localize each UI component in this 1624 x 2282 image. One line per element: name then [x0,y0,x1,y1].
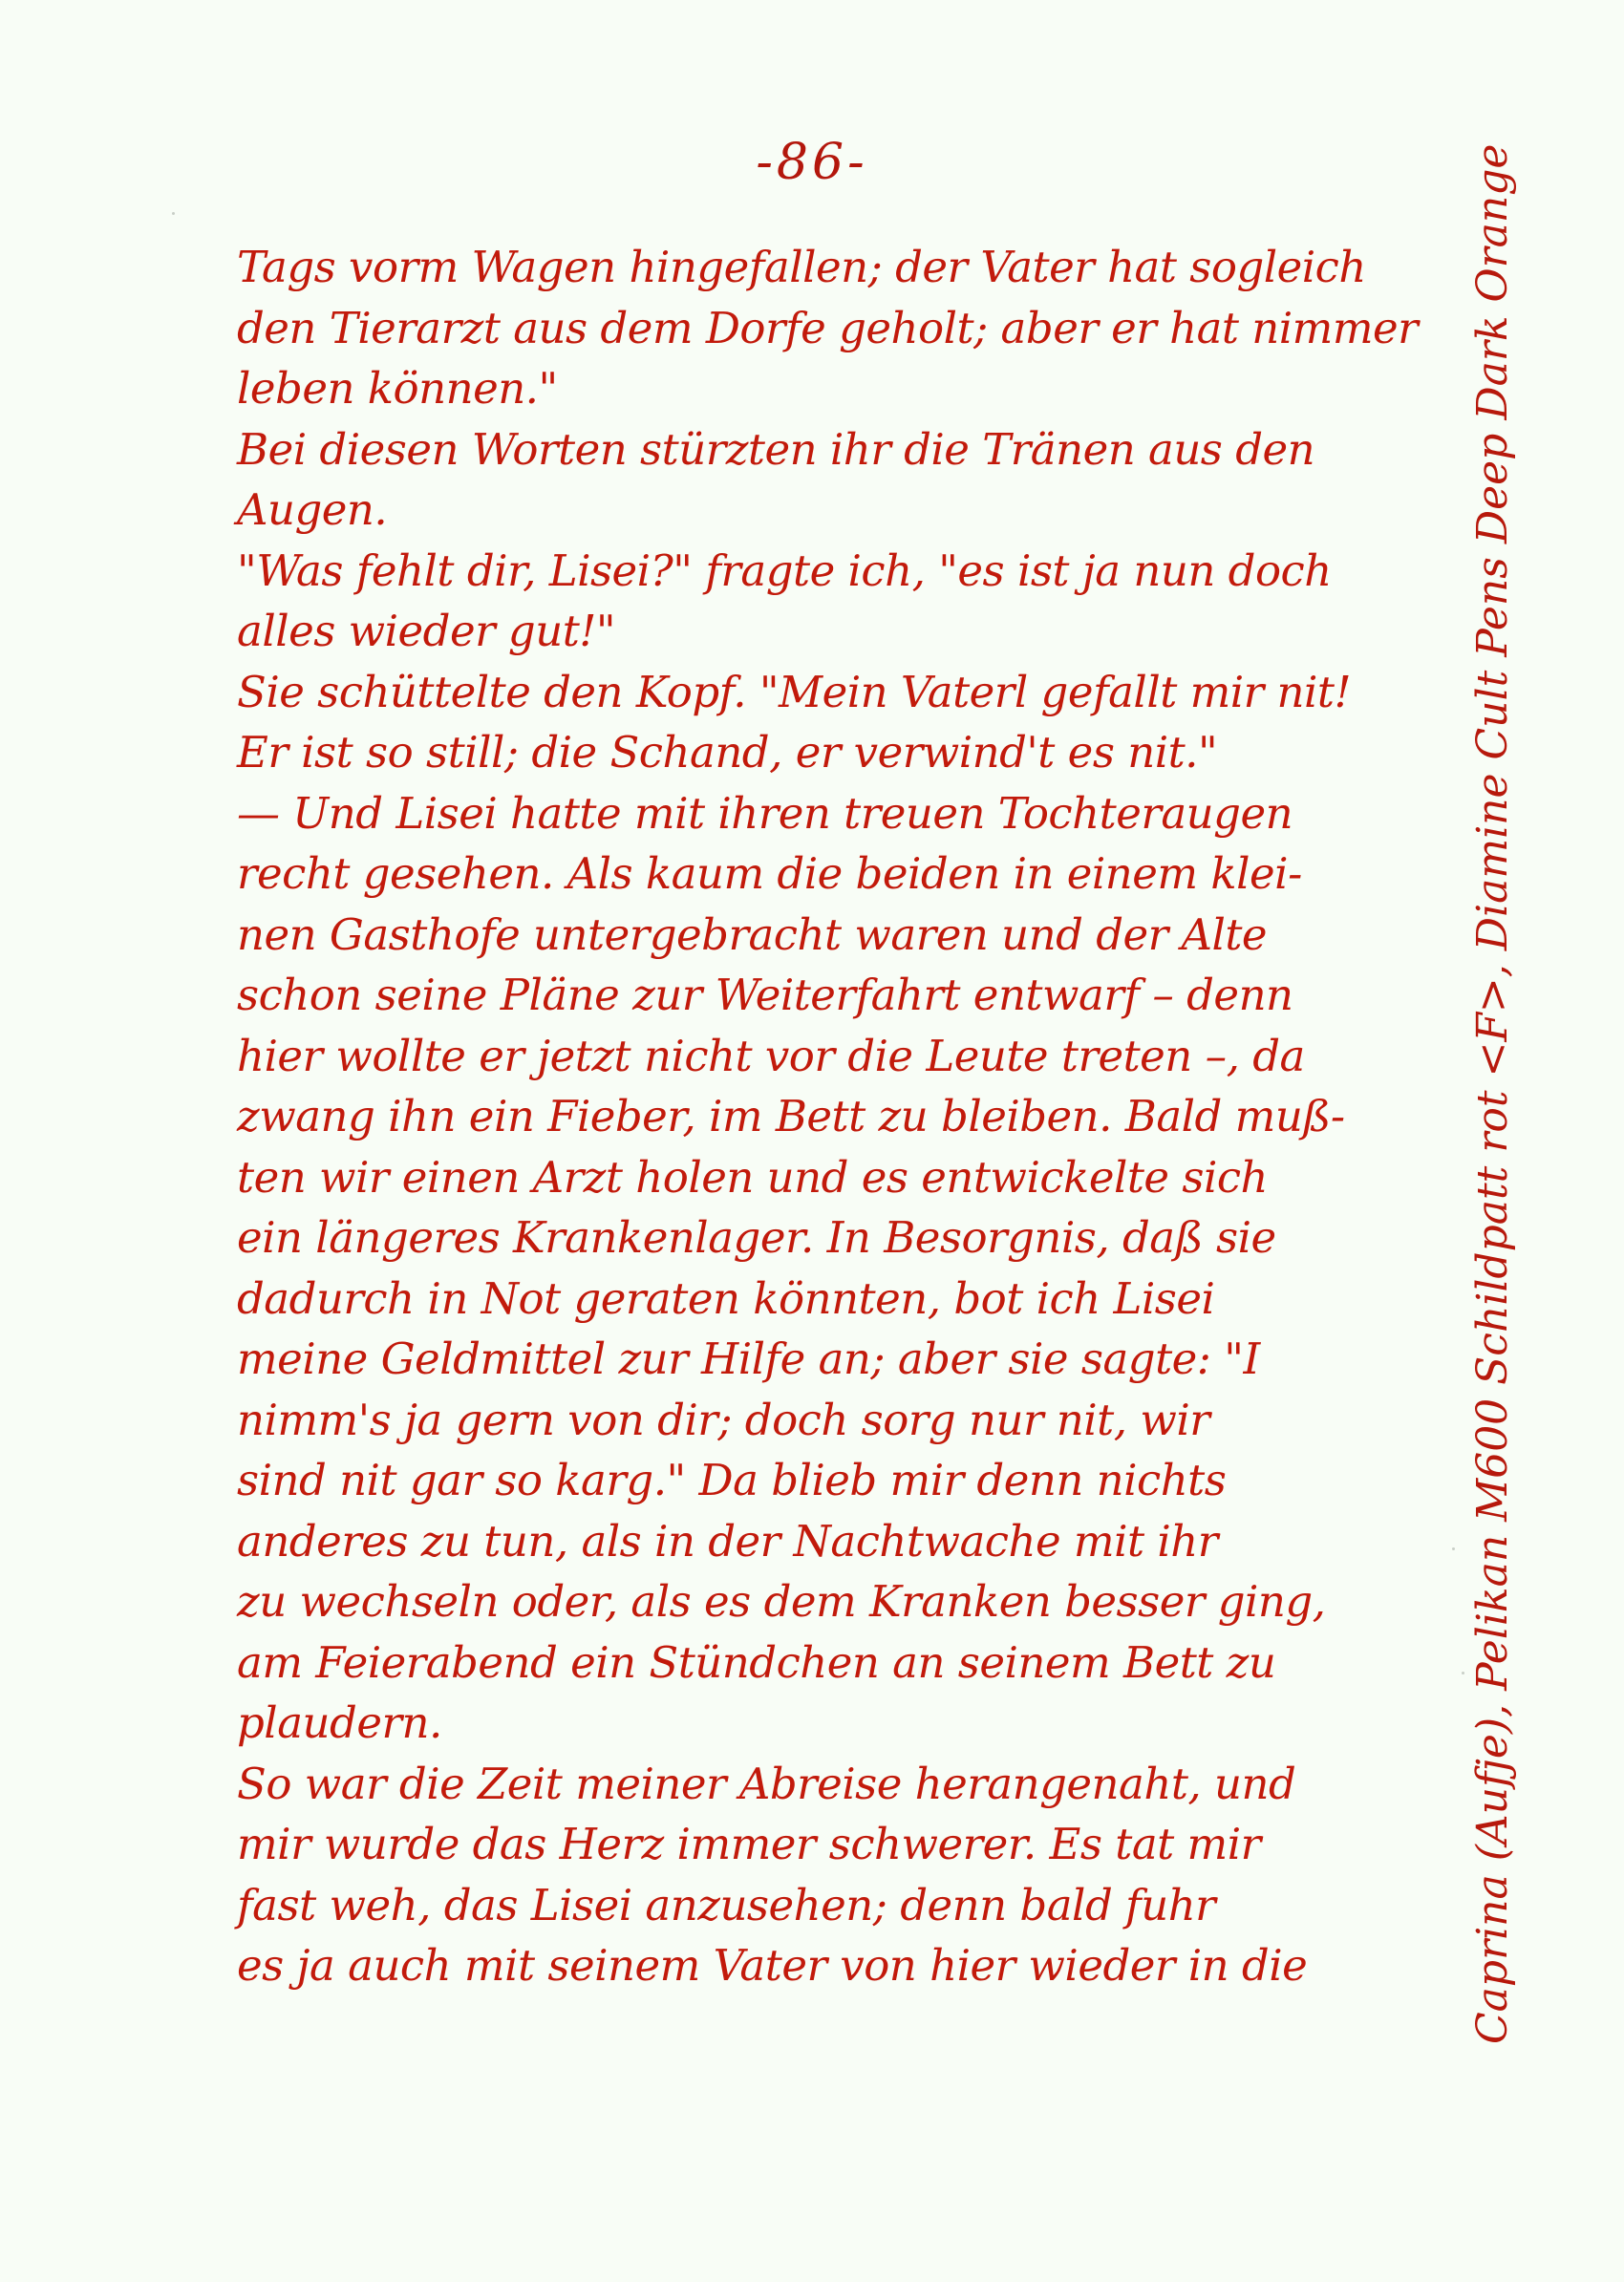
paper-speck [172,212,175,215]
handwritten-body: Tags vorm Wagen hingefallen; der Vater h… [237,237,1421,1996]
page-number: -86- [0,134,1624,191]
text-line: recht gesehen. Als kaum die beiden in ei… [237,843,1421,905]
text-line: "Was fehlt dir, Lisei?" fragte ich, "es … [237,541,1421,602]
text-line: nen Gasthofe untergebracht waren und der… [237,905,1421,966]
text-line: den Tierarzt aus dem Dorfe geholt; aber … [237,298,1421,359]
text-line: Er ist so still; die Schand, er verwind'… [237,722,1421,783]
text-line: schon seine Pläne zur Weiterfahrt entwar… [237,965,1421,1026]
text-line: zwang ihn ein Fieber, im Bett zu bleiben… [237,1086,1421,1147]
text-line: fast weh, das Lisei anzusehen; denn bald… [237,1875,1421,1936]
text-line: mir wurde das Herz immer schwerer. Es ta… [237,1814,1421,1875]
text-line: es ja auch mit seinem Vater von hier wie… [237,1935,1421,1996]
text-line: am Feierabend ein Stündchen an seinem Be… [237,1632,1421,1694]
text-line: So war die Zeit meiner Abreise herangena… [237,1754,1421,1815]
text-line: meine Geldmittel zur Hilfe an; aber sie … [237,1329,1421,1390]
text-line: ten wir einen Arzt holen und es entwicke… [237,1147,1421,1208]
text-line: alles wieder gut!" [237,601,1421,662]
text-line: leben können." [237,358,1421,419]
text-line: — Und Lisei hatte mit ihren treuen Tocht… [237,783,1421,844]
text-line: Sie schüttelte den Kopf. "Mein Vaterl ge… [237,662,1421,723]
text-line: dadurch in Not geraten könnten, bot ich … [237,1269,1421,1330]
paper-speck [1462,1672,1464,1674]
text-line: Bei diesen Worten stürzten ihr die Träne… [237,419,1421,480]
text-line: anderes zu tun, als in der Nachtwache mi… [237,1511,1421,1572]
text-line: zu wechseln oder, als es dem Kranken bes… [237,1571,1421,1632]
text-line: hier wollte er jetzt nicht vor die Leute… [237,1026,1421,1087]
margin-note-pen-ink: Caprina (Aufje), Pelikan M600 Schildpatt… [1460,210,1527,2044]
text-line: nimm's ja gern von dir; doch sorg nur ni… [237,1390,1421,1451]
text-line: plaudern. [237,1693,1421,1754]
manuscript-page: -86- Tags vorm Wagen hingefallen; der Va… [0,0,1624,2282]
text-line: Augen. [237,480,1421,541]
text-line: Tags vorm Wagen hingefallen; der Vater h… [237,237,1421,298]
paper-speck [1452,1547,1455,1550]
text-line: ein längeres Krankenlager. In Besorgnis,… [237,1207,1421,1269]
text-line: sind nit gar so karg." Da blieb mir denn… [237,1450,1421,1511]
